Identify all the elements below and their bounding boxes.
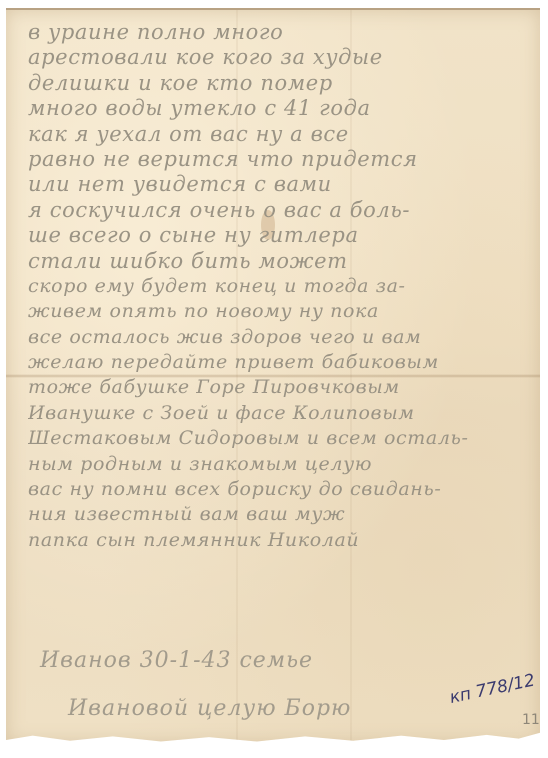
- letter-line: я соскучился очень о вас а боль-: [28, 198, 533, 223]
- letter-line: в ураине полно много: [28, 20, 533, 45]
- letter-line: живем опять по новому ну пока: [28, 299, 533, 324]
- letter-line: ным родным и знакомым целую: [28, 452, 533, 477]
- page-number: 11: [522, 712, 540, 728]
- letter-line: желаю передайте привет бабиковым: [28, 350, 533, 375]
- letter-line: как я уехал от вас ну а все: [28, 122, 533, 147]
- letter-line: скоро ему будет конец и тогда за-: [28, 274, 533, 299]
- letter-line: Иванушке с Зоей и фасе Колиповым: [28, 401, 533, 426]
- letter-line: делишки и кое кто помер: [28, 71, 533, 96]
- letter-line: все осталось жив здоров чего и вам: [28, 325, 533, 350]
- letter-line: Шестаковым Сидоровым и всем осталь-: [28, 426, 533, 451]
- letter-line: вас ну помни всех бориску до свидань-: [28, 477, 533, 502]
- letter-line: или нет увидется с вами: [28, 172, 533, 197]
- letter-line: много воды утекло с 41 года: [28, 96, 533, 121]
- letter-line: папка сын племянник Николай: [28, 528, 533, 553]
- signature-date-line: Иванов 30-1-43 семье: [40, 648, 313, 673]
- letter-line: ния известный вам ваш муж: [28, 502, 533, 527]
- scanned-letter: в ураине полно много арестовали кое кого…: [0, 0, 548, 758]
- signature-addressee-line: Ивановой целую Борю: [68, 696, 351, 721]
- letter-line: ше всего о сыне ну гитлера: [28, 223, 533, 248]
- letter-line: равно не верится что придется: [28, 147, 533, 172]
- letter-line: тоже бабушке Горе Пировчковым: [28, 375, 533, 400]
- letter-line: арестовали кое кого за худые: [28, 45, 533, 70]
- letter-body: в ураине полно много арестовали кое кого…: [28, 20, 533, 553]
- letter-line: стали шибко бить может: [28, 249, 533, 274]
